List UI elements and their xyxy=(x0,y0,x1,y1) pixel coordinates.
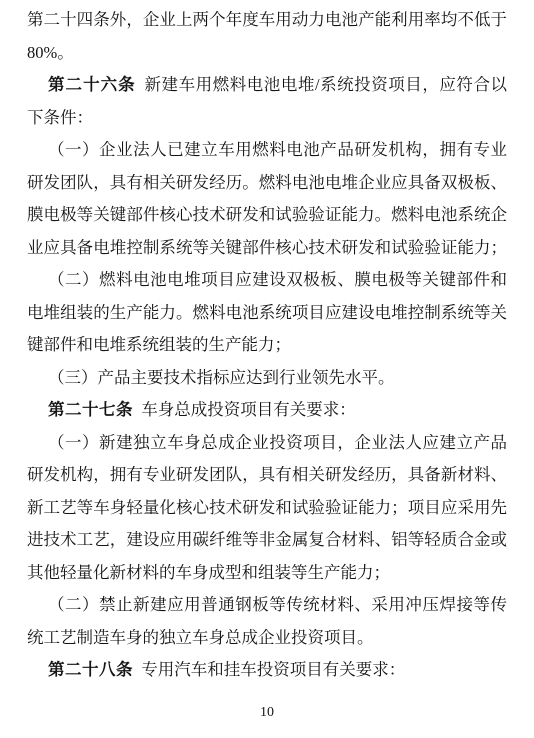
body-text: 进技术工艺，建设应用碳纤维等非金属复合材料、铝等轻质合金或 xyxy=(27,530,507,549)
doc-line-6: 研发团队，具有相关研发经历。燃料电池电堆企业应具备双极板、 xyxy=(27,167,507,200)
body-text: 研发团队，具有相关研发经历。燃料电池电堆企业应具备双极板、 xyxy=(27,173,507,192)
doc-line-12: （三）产品主要技术指标应达到行业领先水平。 xyxy=(27,362,507,395)
doc-line-15: 研发机构，拥有专业研发团队，具有相关研发经历，具备新材料、 xyxy=(27,459,507,492)
doc-line-1: 第二十四条外，企业上两个年度车用动力电池产能利用率均不低于 xyxy=(27,4,507,37)
body-text: 车身总成投资项目有关要求： xyxy=(133,400,356,419)
document-page: 第二十四条外，企业上两个年度车用动力电池产能利用率均不低于 80%。 第二十六条… xyxy=(0,0,534,738)
doc-line-4: 下条件： xyxy=(27,102,507,135)
body-text: （二）禁止新建应用普通钢板等传统材料、采用冲压焊接等传 xyxy=(48,595,507,614)
doc-line-2: 80%。 xyxy=(27,37,507,70)
body-text: 80%。 xyxy=(27,43,74,62)
body-text: 电堆组装的生产能力。燃料电池系统项目应建设电堆控制系统等关 xyxy=(27,303,507,322)
body-text: 专用汽车和挂车投资项目有关要求： xyxy=(133,660,405,679)
doc-line-16: 新工艺等车身轻量化核心技术研发和试验验证能力；项目应采用先 xyxy=(27,492,507,525)
body-text: （一）新建独立车身总成企业投资项目，企业法人应建立产品 xyxy=(48,433,507,452)
body-text: 统工艺制造车身的独立车身总成企业投资项目。 xyxy=(27,628,374,647)
doc-line-3: 第二十六条 新建车用燃料电池电堆/系统投资项目，应符合以 xyxy=(27,69,507,102)
doc-line-7: 膜电极等关键部件核心技术研发和试验验证能力。燃料电池系统企 xyxy=(27,199,507,232)
body-text: 其他轻量化新材料的车身成型和组装等生产能力； xyxy=(27,563,390,582)
doc-line-17: 进技术工艺，建设应用碳纤维等非金属复合材料、铝等轻质合金或 xyxy=(27,524,507,557)
body-text: 第二十四条外，企业上两个年度车用动力电池产能利用率均不低于 xyxy=(27,10,507,29)
article-27-heading: 第二十七条 xyxy=(48,400,133,419)
body-text: （一）企业法人已建立车用燃料电池产品研发机构，拥有专业 xyxy=(48,140,507,159)
article-26-heading: 第二十六条 xyxy=(48,75,136,94)
doc-line-19: （二）禁止新建应用普通钢板等传统材料、采用冲压焊接等传 xyxy=(27,589,507,622)
body-text: 新工艺等车身轻量化核心技术研发和试验验证能力；项目应采用先 xyxy=(27,498,507,517)
doc-line-18: 其他轻量化新材料的车身成型和组装等生产能力； xyxy=(27,557,507,590)
body-text: 研发机构，拥有专业研发团队，具有相关研发经历，具备新材料、 xyxy=(27,465,507,484)
body-text: （三）产品主要技术指标应达到行业领先水平。 xyxy=(48,368,395,387)
body-text: 键部件和电堆系统组装的生产能力； xyxy=(27,335,291,354)
body-text: 新建车用燃料电池电堆/系统投资项目，应符合以 xyxy=(136,75,507,94)
doc-line-10: 电堆组装的生产能力。燃料电池系统项目应建设电堆控制系统等关 xyxy=(27,297,507,330)
doc-line-9: （二）燃料电池电堆项目应建设双极板、膜电极等关键部件和 xyxy=(27,264,507,297)
page-number: 10 xyxy=(0,705,534,721)
doc-line-21: 第二十八条 专用汽车和挂车投资项目有关要求： xyxy=(27,654,507,687)
doc-line-20: 统工艺制造车身的独立车身总成企业投资项目。 xyxy=(27,622,507,655)
article-28-heading: 第二十八条 xyxy=(48,660,133,679)
doc-line-11: 键部件和电堆系统组装的生产能力； xyxy=(27,329,507,362)
body-text: 膜电极等关键部件核心技术研发和试验验证能力。燃料电池系统企 xyxy=(27,205,507,224)
doc-line-13: 第二十七条 车身总成投资项目有关要求： xyxy=(27,394,507,427)
body-text: （二）燃料电池电堆项目应建设双极板、膜电极等关键部件和 xyxy=(48,270,507,289)
doc-line-14: （一）新建独立车身总成企业投资项目，企业法人应建立产品 xyxy=(27,427,507,460)
body-text: 下条件： xyxy=(27,108,93,127)
doc-line-5: （一）企业法人已建立车用燃料电池产品研发机构，拥有专业 xyxy=(27,134,507,167)
doc-line-8: 业应具备电堆控制系统等关键部件核心技术研发和试验验证能力； xyxy=(27,232,507,265)
body-text: 业应具备电堆控制系统等关键部件核心技术研发和试验验证能力； xyxy=(27,238,507,257)
